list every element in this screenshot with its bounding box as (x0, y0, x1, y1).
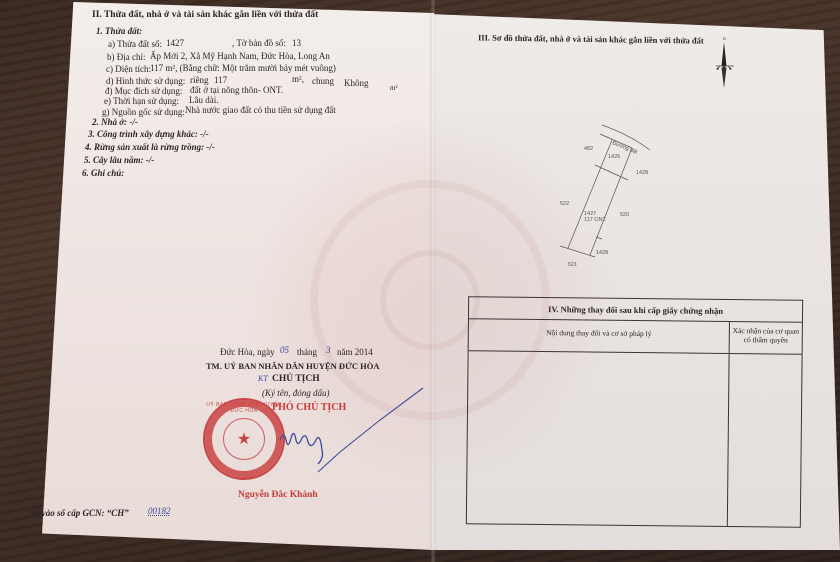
plot-number: 1427 (166, 38, 184, 48)
handwritten-signature (260, 380, 430, 480)
purpose-value: đất ở tại nông thôn- ONT. (190, 85, 283, 95)
origin-label: g) Nguồn gốc sử dụng: (102, 107, 185, 117)
column-header-authority-confirmation: Xác nhận của cơ quan có thẩm quyền (730, 322, 802, 355)
usage-unit: m², (292, 74, 304, 84)
production-forest-line: 4. Rừng sản xuất là rừng trồng: -/- (85, 142, 215, 152)
page-fold (430, 0, 436, 562)
compass-north-label: B (723, 36, 726, 41)
usage-shared-value: Không (344, 78, 369, 88)
plot-number-label: a) Thửa đất số: (108, 39, 162, 49)
term-value: Lâu dài. (189, 95, 219, 105)
parcel-482: 482 (584, 146, 593, 152)
signer-name: Nguyễn Đắc Khánh (238, 490, 318, 500)
usage-shared-label: chung (312, 76, 334, 86)
parcel-1426: 1426 (608, 154, 620, 160)
registry-label: Số vào sổ cấp GCN: “CH” (30, 508, 129, 518)
map-sheet-number: 13 (292, 38, 301, 48)
usage-form-label: d) Hình thức sử dụng: (106, 76, 185, 86)
column-header-change-content: Nội dung thay đổi và cơ sở pháp lý (469, 319, 729, 354)
perennial-trees-line: 5. Cây lâu năm: -/- (84, 155, 154, 165)
address-label: b) Địa chỉ: (107, 52, 146, 62)
parcel-1428-south: 1428 (596, 250, 608, 256)
house-line: 2. Nhà ở: -/- (92, 117, 138, 127)
area-label: c) Diện tích: (106, 64, 151, 74)
land-plot-heading: 1. Thửa đất: (96, 26, 142, 36)
parcel-522: 522 (560, 201, 569, 207)
signing-year: năm 2014 (337, 347, 373, 357)
parcel-521: 521 (568, 262, 577, 268)
signing-month-label: tháng (297, 347, 317, 357)
parcel-520: 520 (620, 212, 629, 218)
column-authority-confirmation: Xác nhận của cơ quan có thẩm quyền (728, 322, 802, 527)
usage-private-value: 117 (214, 75, 227, 85)
parcel-1427-area: 117 ONT (584, 217, 607, 223)
north-arrow-icon: B (710, 34, 740, 88)
issuing-authority: TM. UỶ BAN NHÂN DÂN HUYỆN ĐỨC HÒA (206, 361, 379, 371)
column-change-content: Nội dung thay đổi và cơ sở pháp lý (467, 319, 730, 526)
changes-after-issuance-table: IV. Những thay đổi sau khi cấp giấy chứn… (466, 296, 803, 527)
state-emblem-icon: ★ (223, 418, 265, 460)
term-label: e) Thời hạn sử dụng: (104, 96, 179, 106)
notes-line: 6. Ghi chú: (82, 168, 124, 178)
parcel-1428-north: 1428 (636, 170, 648, 176)
land-plot-sketch: Đường đất 482 1426 1428 522 1427 117 ONT… (540, 120, 690, 270)
other-construction-line: 3. Công trình xây dựng khác: -/- (88, 129, 209, 139)
purpose-label: đ) Mục đích sử dụng: (105, 86, 182, 96)
usage-shared-unit: m² (390, 84, 398, 92)
usage-private-label: riêng (190, 75, 209, 85)
registry-number: 00182 (148, 506, 171, 516)
map-sheet-label: , Tờ bản đồ số: (232, 38, 286, 48)
origin-value: Nhà nước giao đất có thu tiền sử dụng đấ… (185, 105, 336, 115)
address-value: Ấp Mới 2, Xã Mỹ Hạnh Nam, Đức Hòa, Long … (150, 51, 330, 61)
signing-day: 05 (280, 345, 289, 355)
area-value: 117 m², (Bằng chữ: Một trăm mười bảy mét… (150, 63, 336, 73)
section-2-title: II. Thửa đất, nhà ở và tài sản khác gắn … (92, 10, 318, 20)
signing-place-prefix: Đức Hòa, ngày (220, 347, 275, 357)
signing-month: 3 (326, 345, 331, 355)
